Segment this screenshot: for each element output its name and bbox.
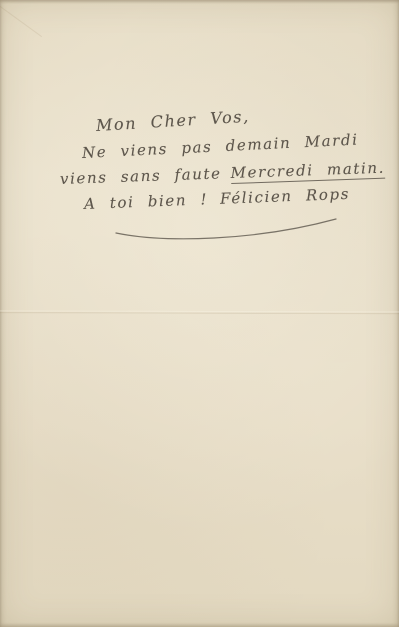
scanned-letter-page: Mon Cher Vos, Ne viens pas demain Mardi …: [0, 0, 399, 627]
closing-line: A toi bien !Félicien Rops: [84, 185, 351, 213]
underlined-phrase: Mercredi matin.: [230, 159, 385, 184]
fold-crease: [0, 310, 399, 314]
body-line-2: viens sans fauteMercredi matin.: [60, 159, 386, 188]
corner-crease: [0, 4, 42, 37]
salutation-line: Mon Cher Vos,: [95, 107, 250, 135]
body-line-1: Ne viens pas demain Mardi: [82, 130, 359, 162]
signature: Félicien Rops: [220, 185, 351, 208]
letter-paper: Mon Cher Vos, Ne viens pas demain Mardi …: [0, 0, 399, 627]
body-line-2-text: viens sans faute: [60, 164, 222, 188]
closing-text: A toi bien !: [84, 190, 209, 213]
